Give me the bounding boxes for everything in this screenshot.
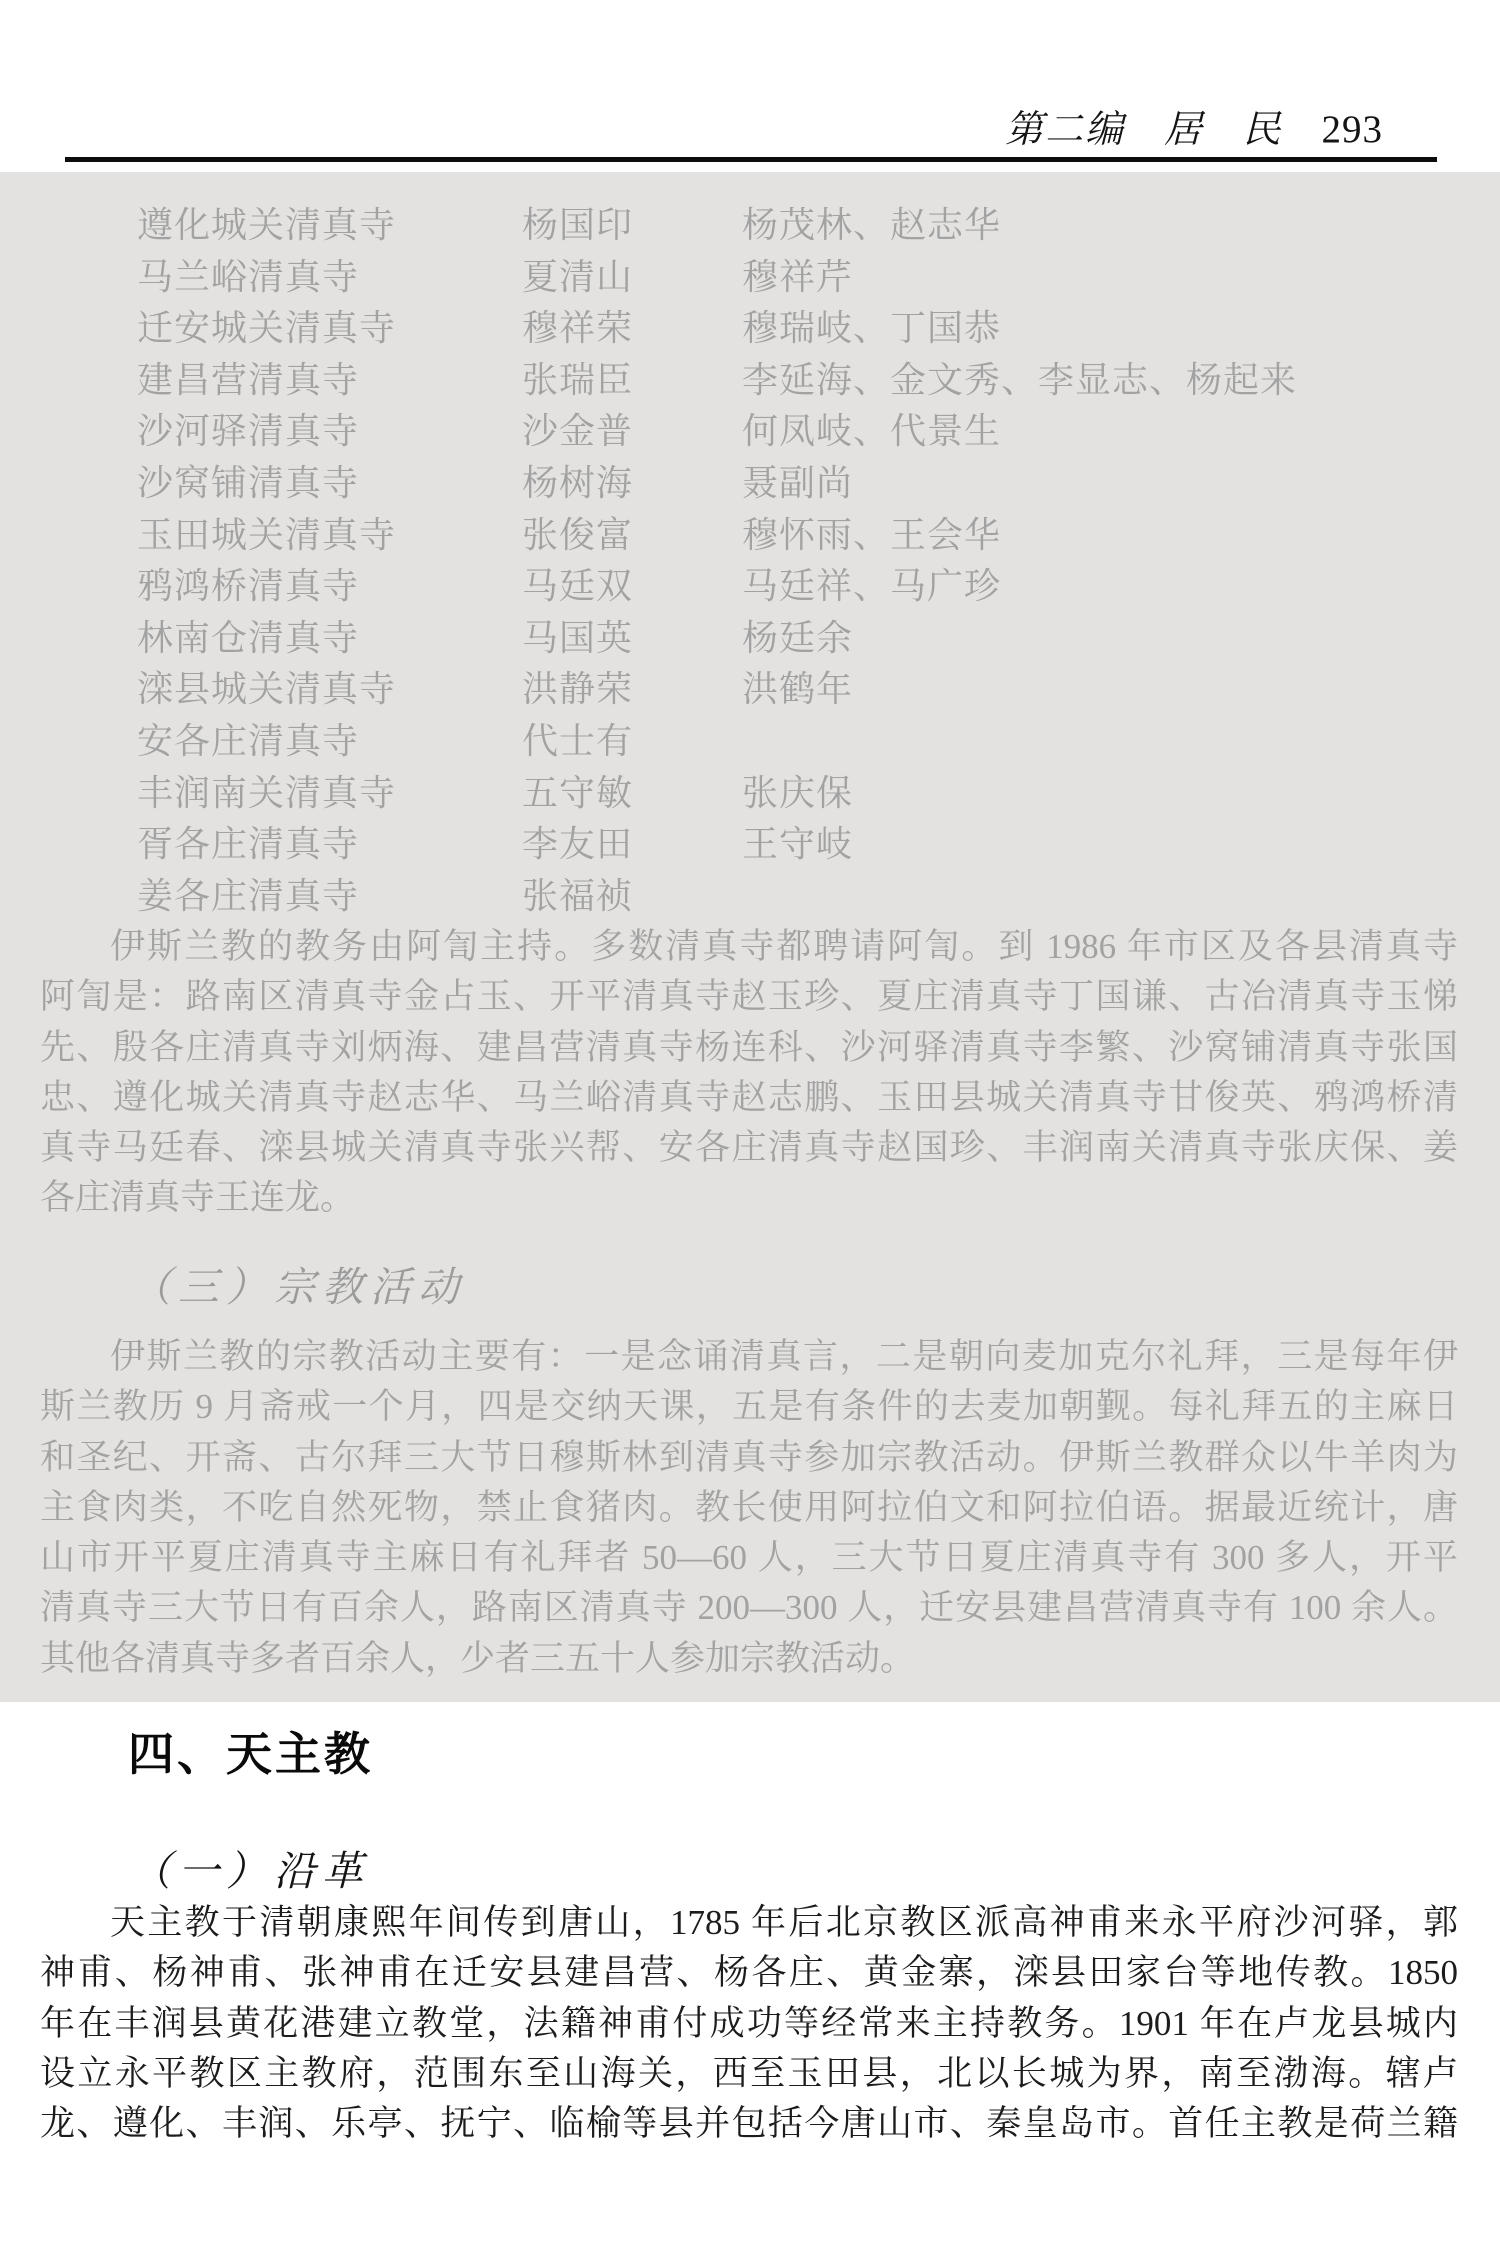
temple-name-cell: 鸦鸿桥清真寺 <box>137 561 522 613</box>
table-row: 建昌营清真寺 张瑞臣 李延海、金文秀、李显志、杨起来 <box>0 355 1500 407</box>
table-row: 胥各庄清真寺 李友田 王守岐 <box>0 819 1500 871</box>
religious-activities-heading: （三）宗教活动 <box>130 1254 466 1313</box>
history-subheading: （一）沿革 <box>130 1838 370 1897</box>
temple-name-cell: 迁安城关清真寺 <box>137 303 522 355</box>
table-row: 遵化城关清真寺 杨国印 杨茂林、赵志华 <box>0 200 1500 252</box>
paragraph-line: 忠、遵化城关清真寺赵志华、马兰峪清真寺赵志鹏、玉田县城关清真寺甘俊英、鸦鸿桥清 <box>40 1073 1458 1123</box>
paragraph-line: 神甫、杨神甫、张神甫在迁安县建昌营、杨各庄、黄金寨，滦县田家台等地传教。1850 <box>40 1948 1458 1998</box>
members-cell <box>742 716 1500 768</box>
table-row: 沙窝铺清真寺 杨树海 聂副尚 <box>0 458 1500 510</box>
temple-name-cell: 胥各庄清真寺 <box>137 819 522 871</box>
members-cell: 何凤岐、代景生 <box>742 406 1500 458</box>
paragraph-line: 设立永平教区主教府，范围东至山海关，西至玉田县，北以长城为界，南至渤海。辖卢 <box>40 2049 1458 2099</box>
section-char-2: 民 <box>1243 98 1283 153</box>
activities-paragraph: 伊斯兰教的宗教活动主要有：一是念诵清真言，二是朝向麦加克尔礼拜，三是每年伊 斯兰… <box>40 1332 1458 1684</box>
temple-name-cell: 遵化城关清真寺 <box>137 200 522 252</box>
paragraph-line: 伊斯兰教的宗教活动主要有：一是念诵清真言，二是朝向麦加克尔礼拜，三是每年伊 <box>40 1332 1458 1382</box>
paragraph-line: 天主教于清朝康熙年间传到唐山，1785 年后北京教区派高神甫来永平府沙河驿，郭 <box>40 1898 1458 1948</box>
paragraph-line: 主食肉类，不吃自然死物，禁止食猪肉。教长使用阿拉伯文和阿拉伯语。据最近统计，唐 <box>40 1483 1458 1533</box>
edition-label: 第二编 <box>1005 98 1125 153</box>
paragraph-line: 各庄清真寺王连龙。 <box>40 1173 1458 1223</box>
paragraph-line: 年在丰润县黄花港建立教堂，法籍神甫付成功等经常来主持教务。1901 年在卢龙县城… <box>40 1999 1458 2049</box>
table-row: 姜各庄清真寺 张福祯 <box>0 871 1500 923</box>
paragraph-line: 伊斯兰教的教务由阿訇主持。多数清真寺都聘请阿訇。到 1986 年市区及各县清真寺 <box>40 922 1458 972</box>
members-cell: 杨廷余 <box>742 613 1500 665</box>
temple-name-cell: 沙河驿清真寺 <box>137 406 522 458</box>
imam-name-cell: 夏清山 <box>522 252 742 304</box>
header-rule <box>65 157 1437 162</box>
imam-name-cell: 杨树海 <box>522 458 742 510</box>
paragraph-line: 斯兰教历 9 月斋戒一个月，四是交纳天课，五是有条件的去麦加朝觐。每礼拜五的主麻… <box>40 1382 1458 1432</box>
table-row: 林南仓清真寺 马国英 杨廷余 <box>0 613 1500 665</box>
table-row: 玉田城关清真寺 张俊富 穆怀雨、王会华 <box>0 510 1500 562</box>
imam-name-cell: 马廷双 <box>522 561 742 613</box>
table-row: 丰润南关清真寺 五守敏 张庆保 <box>0 768 1500 820</box>
temple-name-cell: 建昌营清真寺 <box>137 355 522 407</box>
imam-name-cell: 代士有 <box>522 716 742 768</box>
imam-name-cell: 张福祯 <box>522 871 742 923</box>
mosque-table: 遵化城关清真寺 杨国印 杨茂林、赵志华 马兰峪清真寺 夏清山 穆祥芹 迁安城关清… <box>0 200 1500 922</box>
temple-name-cell: 丰润南关清真寺 <box>137 768 522 820</box>
table-row: 安各庄清真寺 代士有 <box>0 716 1500 768</box>
paragraph-line: 清真寺三大节日有百余人，路南区清真寺 200—300 人，迁安县建昌营清真寺有 … <box>40 1583 1458 1633</box>
imam-name-cell: 李友田 <box>522 819 742 871</box>
members-cell: 聂副尚 <box>742 458 1500 510</box>
paragraph-line: 龙、遵化、丰润、乐亭、抚宁、临榆等县并包括今唐山市、秦皇岛市。首任主教是荷兰籍 <box>40 2099 1458 2149</box>
history-paragraph: 天主教于清朝康熙年间传到唐山，1785 年后北京教区派高神甫来永平府沙河驿，郭 … <box>40 1898 1458 2149</box>
imam-name-cell: 马国英 <box>522 613 742 665</box>
temple-name-cell: 林南仓清真寺 <box>137 613 522 665</box>
paragraph-line: 山市开平夏庄清真寺主麻日有礼拜者 50—60 人，三大节日夏庄清真寺有 300 … <box>40 1533 1458 1583</box>
members-cell: 张庆保 <box>742 768 1500 820</box>
paragraph-line: 其他各清真寺多者百余人，少者三五十人参加宗教活动。 <box>40 1634 1458 1684</box>
page-number: 293 <box>1321 107 1383 152</box>
imam-name-cell: 张俊富 <box>522 510 742 562</box>
faded-scan-band: 遵化城关清真寺 杨国印 杨茂林、赵志华 马兰峪清真寺 夏清山 穆祥芹 迁安城关清… <box>0 172 1500 1702</box>
members-cell: 杨茂林、赵志华 <box>742 200 1500 252</box>
members-cell: 马廷祥、马广珍 <box>742 561 1500 613</box>
temple-name-cell: 玉田城关清真寺 <box>137 510 522 562</box>
temple-name-cell: 马兰峪清真寺 <box>137 252 522 304</box>
temple-name-cell: 滦县城关清真寺 <box>137 664 522 716</box>
table-row: 沙河驿清真寺 沙金普 何凤岐、代景生 <box>0 406 1500 458</box>
members-cell: 穆祥芹 <box>742 252 1500 304</box>
imam-name-cell: 洪静荣 <box>522 664 742 716</box>
members-cell: 李延海、金文秀、李显志、杨起来 <box>742 355 1500 407</box>
imam-name-cell: 穆祥荣 <box>522 303 742 355</box>
members-cell: 王守岐 <box>742 819 1500 871</box>
table-row: 迁安城关清真寺 穆祥荣 穆瑞岐、丁国恭 <box>0 303 1500 355</box>
temple-name-cell: 沙窝铺清真寺 <box>137 458 522 510</box>
temple-name-cell: 安各庄清真寺 <box>137 716 522 768</box>
members-cell: 穆怀雨、王会华 <box>742 510 1500 562</box>
paragraph-line: 真寺马廷春、滦县城关清真寺张兴帮、安各庄清真寺赵国珍、丰润南关清真寺张庆保、姜 <box>40 1123 1458 1173</box>
members-cell <box>742 871 1500 923</box>
section-char-1: 居 <box>1164 98 1204 153</box>
imam-name-cell: 杨国印 <box>522 200 742 252</box>
running-header: 第二编 居 民 293 <box>1005 98 1383 153</box>
imam-name-cell: 沙金普 <box>522 406 742 458</box>
table-row: 鸦鸿桥清真寺 马廷双 马廷祥、马广珍 <box>0 561 1500 613</box>
book-page: 第二编 居 民 293 遵化城关清真寺 杨国印 杨茂林、赵志华 马兰峪清真寺 夏… <box>0 0 1500 2265</box>
paragraph-line: 阿訇是：路南区清真寺金占玉、开平清真寺赵玉珍、夏庄清真寺丁国谦、古冶清真寺玉悌 <box>40 972 1458 1022</box>
imam-name-cell: 五守敏 <box>522 768 742 820</box>
imam-paragraph: 伊斯兰教的教务由阿訇主持。多数清真寺都聘请阿訇。到 1986 年市区及各县清真寺… <box>40 922 1458 1224</box>
catholicism-heading: 四、天主教 <box>128 1718 373 1784</box>
table-row: 滦县城关清真寺 洪静荣 洪鹤年 <box>0 664 1500 716</box>
members-cell: 穆瑞岐、丁国恭 <box>742 303 1500 355</box>
imam-name-cell: 张瑞臣 <box>522 355 742 407</box>
temple-name-cell: 姜各庄清真寺 <box>137 871 522 923</box>
paragraph-line: 和圣纪、开斋、古尔拜三大节日穆斯林到清真寺参加宗教活动。伊斯兰教群众以牛羊肉为 <box>40 1433 1458 1483</box>
table-row: 马兰峪清真寺 夏清山 穆祥芹 <box>0 252 1500 304</box>
members-cell: 洪鹤年 <box>742 664 1500 716</box>
paragraph-line: 先、殷各庄清真寺刘炳海、建昌营清真寺杨连科、沙河驿清真寺李繁、沙窝铺清真寺张国 <box>40 1023 1458 1073</box>
